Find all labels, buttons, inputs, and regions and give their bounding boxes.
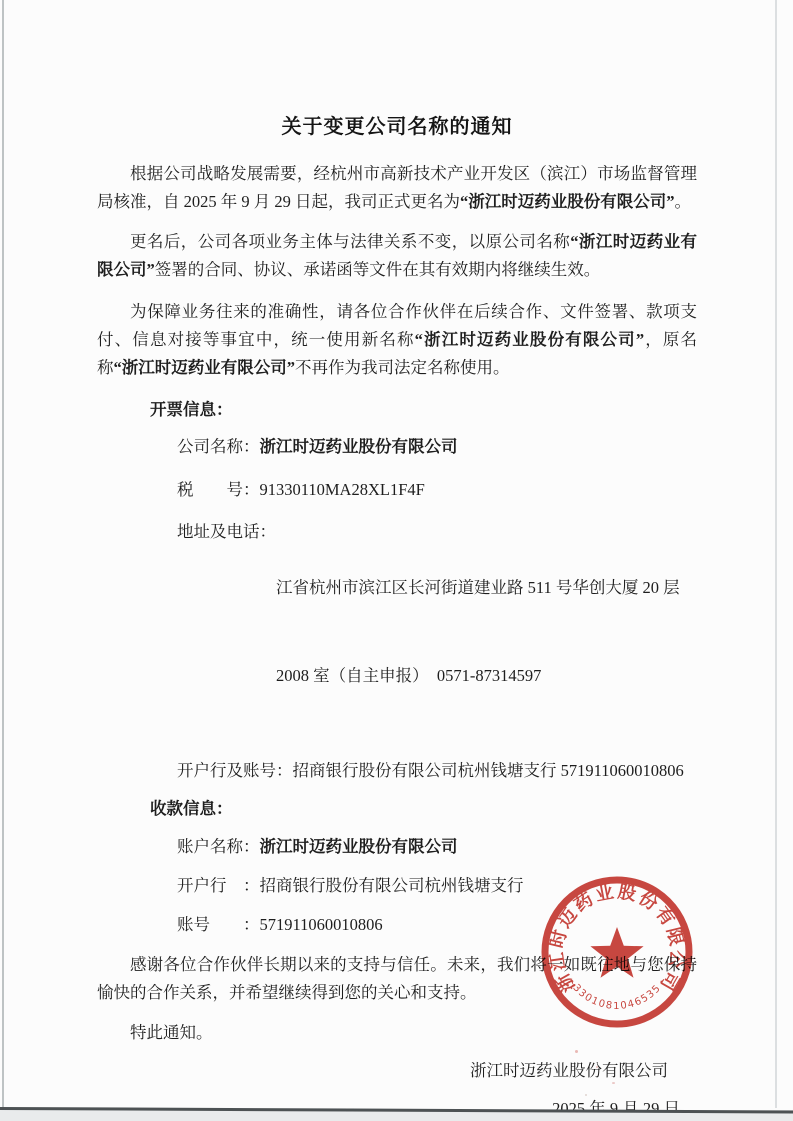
field-label-tax: 税 号： [177,476,260,504]
field-label-account-name: 账户名称： [177,833,260,861]
new-company-name: “浙江时迈药业股份有限公司” [415,330,644,349]
page-title: 关于变更公司名称的通知 [97,0,697,142]
para-text: 不再作为我司法定名称使用。 [295,358,510,377]
address-line-2: 2008 室（自主申报） 0571-87314597 [276,662,680,690]
para-rename-announcement: 根据公司战略发展需要，经杭州市高新技术产业开发区（滨江）市场监督管理局核准，自 … [97,160,697,216]
ink-speck [585,1094,587,1096]
field-label-account-number: 账号 ： [177,911,260,939]
seal-star-icon [590,927,643,978]
field-value-tax: 91330110MA28XL1F4F [260,476,425,504]
invoice-row-tax-number: 税 号： 91330110MA28XL1F4F [97,476,697,504]
invoice-info-heading: 开票信息： [97,396,697,424]
company-seal: 浙江时迈药业股份有限公司 133010810465358 [532,867,702,1037]
receiving-row-account-name: 账户名称： 浙江时迈药业股份有限公司 [97,833,697,861]
field-value-account-number: 571911060010806 [260,911,383,939]
para-text: 。 [675,192,692,211]
field-label-address: 地址及电话： [177,518,276,746]
scan-right-edge [775,0,777,1108]
ink-speck [575,1050,578,1053]
para-usage-instruction: 为保障业务往来的准确性，请各位合作伙伴在后续合作、文件签署、款项支付、信息对接等… [97,298,697,382]
old-company-name: “浙江时迈药业有限公司” [114,358,296,377]
field-value-company: 浙江时迈药业股份有限公司 [260,433,458,461]
field-label-opening-bank: 开户行 ： [177,872,260,900]
field-label-bank: 开户行及账号： [177,757,293,785]
scan-left-edge [2,0,4,1112]
invoice-row-bank-account: 开户行及账号： 招商银行股份有限公司杭州钱塘支行 571911060010806 [97,757,697,785]
field-label-company: 公司名称： [177,433,260,461]
field-value-address: 江省杭州市滨江区长河街道建业路 511 号华创大厦 20 层 2008 室（自主… [276,518,680,746]
para-text: 签署的合同、协议、承诺函等文件在其有效期内将继续生效。 [155,260,601,279]
field-value-account-name: 浙江时迈药业股份有限公司 [260,833,458,861]
invoice-row-address-phone: 地址及电话： 江省杭州市滨江区长河街道建业路 511 号华创大厦 20 层 20… [97,518,697,746]
address-line-1: 江省杭州市滨江区长河街道建业路 511 号华创大厦 20 层 [276,574,680,602]
ink-speck [612,1082,615,1084]
notice-document-page: 关于变更公司名称的通知 根据公司战略发展需要，经杭州市高新技术产业开发区（滨江）… [0,0,793,1121]
para-text: 更名后，公司各项业务主体与法律关系不变，以原公司名称 [130,232,570,251]
receiving-info-heading: 收款信息： [97,795,697,823]
new-company-name: “浙江时迈药业股份有限公司” [460,192,675,211]
signature-company-name: 浙江时迈药业股份有限公司 [97,1057,697,1085]
field-value-bank: 招商银行股份有限公司杭州钱塘支行 571911060010806 [293,757,684,785]
ink-speck [596,1066,598,1068]
para-legal-continuity: 更名后，公司各项业务主体与法律关系不变，以原公司名称“浙江时迈药业有限公司”签署… [97,228,697,284]
field-value-opening-bank: 招商银行股份有限公司杭州钱塘支行 [260,872,524,900]
invoice-row-company: 公司名称： 浙江时迈药业股份有限公司 [97,433,697,461]
